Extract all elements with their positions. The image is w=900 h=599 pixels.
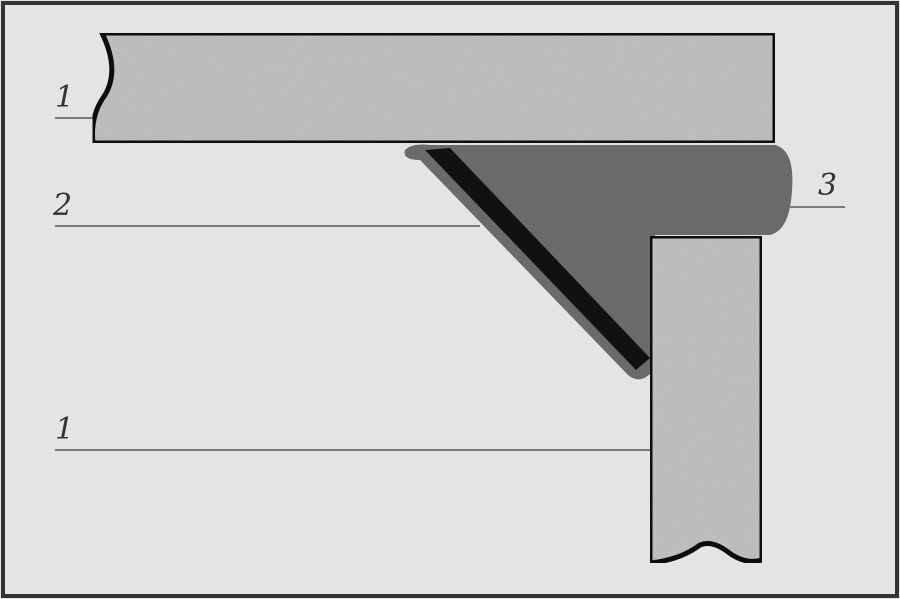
weld-joint-drawing xyxy=(0,0,900,599)
label-part-3: 3 xyxy=(818,168,837,203)
diagram-canvas: 1 2 3 1 xyxy=(0,0,900,599)
plate-vertical xyxy=(650,236,762,563)
label-part-1-top: 1 xyxy=(55,80,74,115)
label-part-2: 2 xyxy=(53,188,72,223)
label-part-1-bottom: 1 xyxy=(55,412,74,447)
plate-horizontal xyxy=(93,33,776,143)
